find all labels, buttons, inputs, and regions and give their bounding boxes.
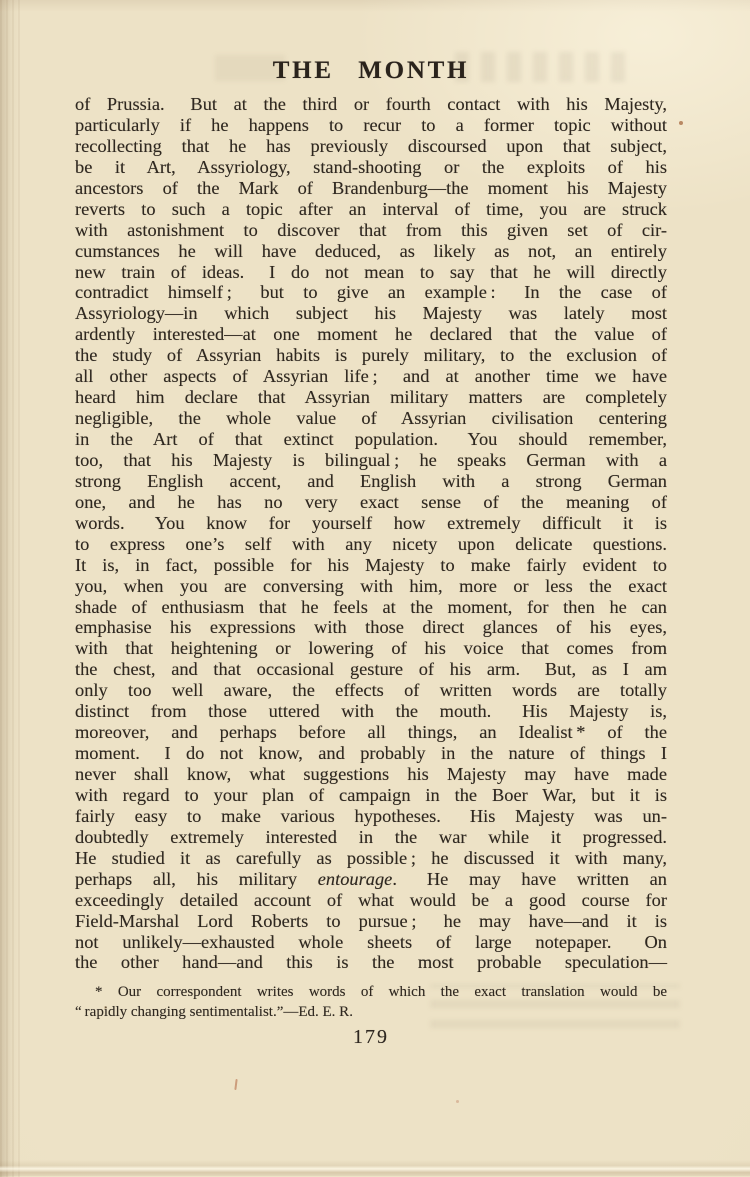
body-text-line: moment. I do not know, and probably in t… [75, 743, 667, 764]
body-text-line: He studied it as carefully as possible ;… [75, 848, 667, 869]
body-text-line: never shall know, what suggestions his M… [75, 764, 667, 785]
body-text-line: ancestors of the Mark of Brandenburg—the… [75, 178, 667, 199]
body-text-line: words. You know for yourself how extreme… [75, 513, 667, 534]
body-text-line: of Prussia. But at the third or fourth c… [75, 94, 667, 115]
paper-speck [679, 121, 683, 125]
binding-edge-shadow [0, 0, 20, 1177]
body-text-line: one, and he has no very exact sense of t… [75, 492, 667, 513]
body-text-line: the study of Assyrian habits is purely m… [75, 345, 667, 366]
body-text-line: the chest, and that occasional gesture o… [75, 659, 667, 680]
paper-speck [104, 1006, 107, 1009]
body-text-line: ardently interested—at one moment he dec… [75, 324, 667, 345]
body-text-line: not unlikely—exhausted whole sheets of l… [75, 932, 667, 953]
body-text-line: doubtedly extremely interested in the wa… [75, 827, 667, 848]
body-text-line: exceedingly detailed account of what wou… [75, 890, 667, 911]
body-text-line: cumstances he will have deduced, as like… [75, 241, 667, 262]
body-text-line: in the Art of that extinct population. Y… [75, 429, 667, 450]
body-text-line: only too well aware, the effects of writ… [75, 680, 667, 701]
bottom-crease [0, 1160, 750, 1176]
paper-speck [456, 1100, 459, 1103]
body-text-line: shade of enthusiasm that he feels at the… [75, 597, 667, 618]
body-text-line: be it Art, Assyriology, stand-shooting o… [75, 157, 667, 178]
body-text-line: strong English accent, and English with … [75, 471, 667, 492]
footnote-line: * Our correspondent writes words of whic… [75, 982, 667, 1002]
body-text-line: new train of ideas. I do not mean to say… [75, 262, 667, 283]
body-text-line: moreover, and perhaps before all things,… [75, 722, 667, 743]
body-text-line: Field-Marshal Lord Roberts to pursue ; h… [75, 911, 667, 932]
body-text-line: with that heightening or lowering of his… [75, 638, 667, 659]
body-text-line: too, that his Majesty is bilingual ; he … [75, 450, 667, 471]
footnote-line: “ rapidly changing sentimentalist.”—Ed. … [75, 1002, 667, 1022]
page-number: 179 [75, 1026, 667, 1049]
body-text-line: negligible, the whole value of Assyrian … [75, 408, 667, 429]
body-text-line: with astonishment to discover that from … [75, 220, 667, 241]
body-text-line: emphasise his expressions with those dir… [75, 617, 667, 638]
body-text: of Prussia. But at the third or fourth c… [75, 94, 667, 973]
body-text-line: heard him declare that Assyrian military… [75, 387, 667, 408]
body-text-line: to express one’s self with any nicety up… [75, 534, 667, 555]
paper-speck [234, 1079, 237, 1090]
body-text-line: contradict himself ; but to give an exam… [75, 282, 667, 303]
body-text-line: the other hand—and this is the most prob… [75, 952, 667, 973]
footnote: * Our correspondent writes words of whic… [75, 982, 667, 1022]
body-text-line: all other aspects of Assyrian life ; and… [75, 366, 667, 387]
body-text-line: distinct from those uttered with the mou… [75, 701, 667, 722]
body-text-line: you, when you are conversing with him, m… [75, 576, 667, 597]
body-text-line: fairly easy to make various hypotheses. … [75, 806, 667, 827]
page-title: THE MONTH [75, 57, 667, 85]
book-page: THE MONTH of Prussia. But at the third o… [0, 0, 750, 1177]
body-text-line: It is, in fact, possible for his Majesty… [75, 555, 667, 576]
body-text-line: perhaps all, his military entourage. He … [75, 869, 667, 890]
body-text-line: Assyriology—in which subject his Majesty… [75, 303, 667, 324]
body-text-line: with regard to your plan of campaign in … [75, 785, 667, 806]
body-text-line: recollecting that he has previously disc… [75, 136, 667, 157]
body-text-line: particularly if he happens to recur to a… [75, 115, 667, 136]
body-text-line: reverts to such a topic after an interva… [75, 199, 667, 220]
